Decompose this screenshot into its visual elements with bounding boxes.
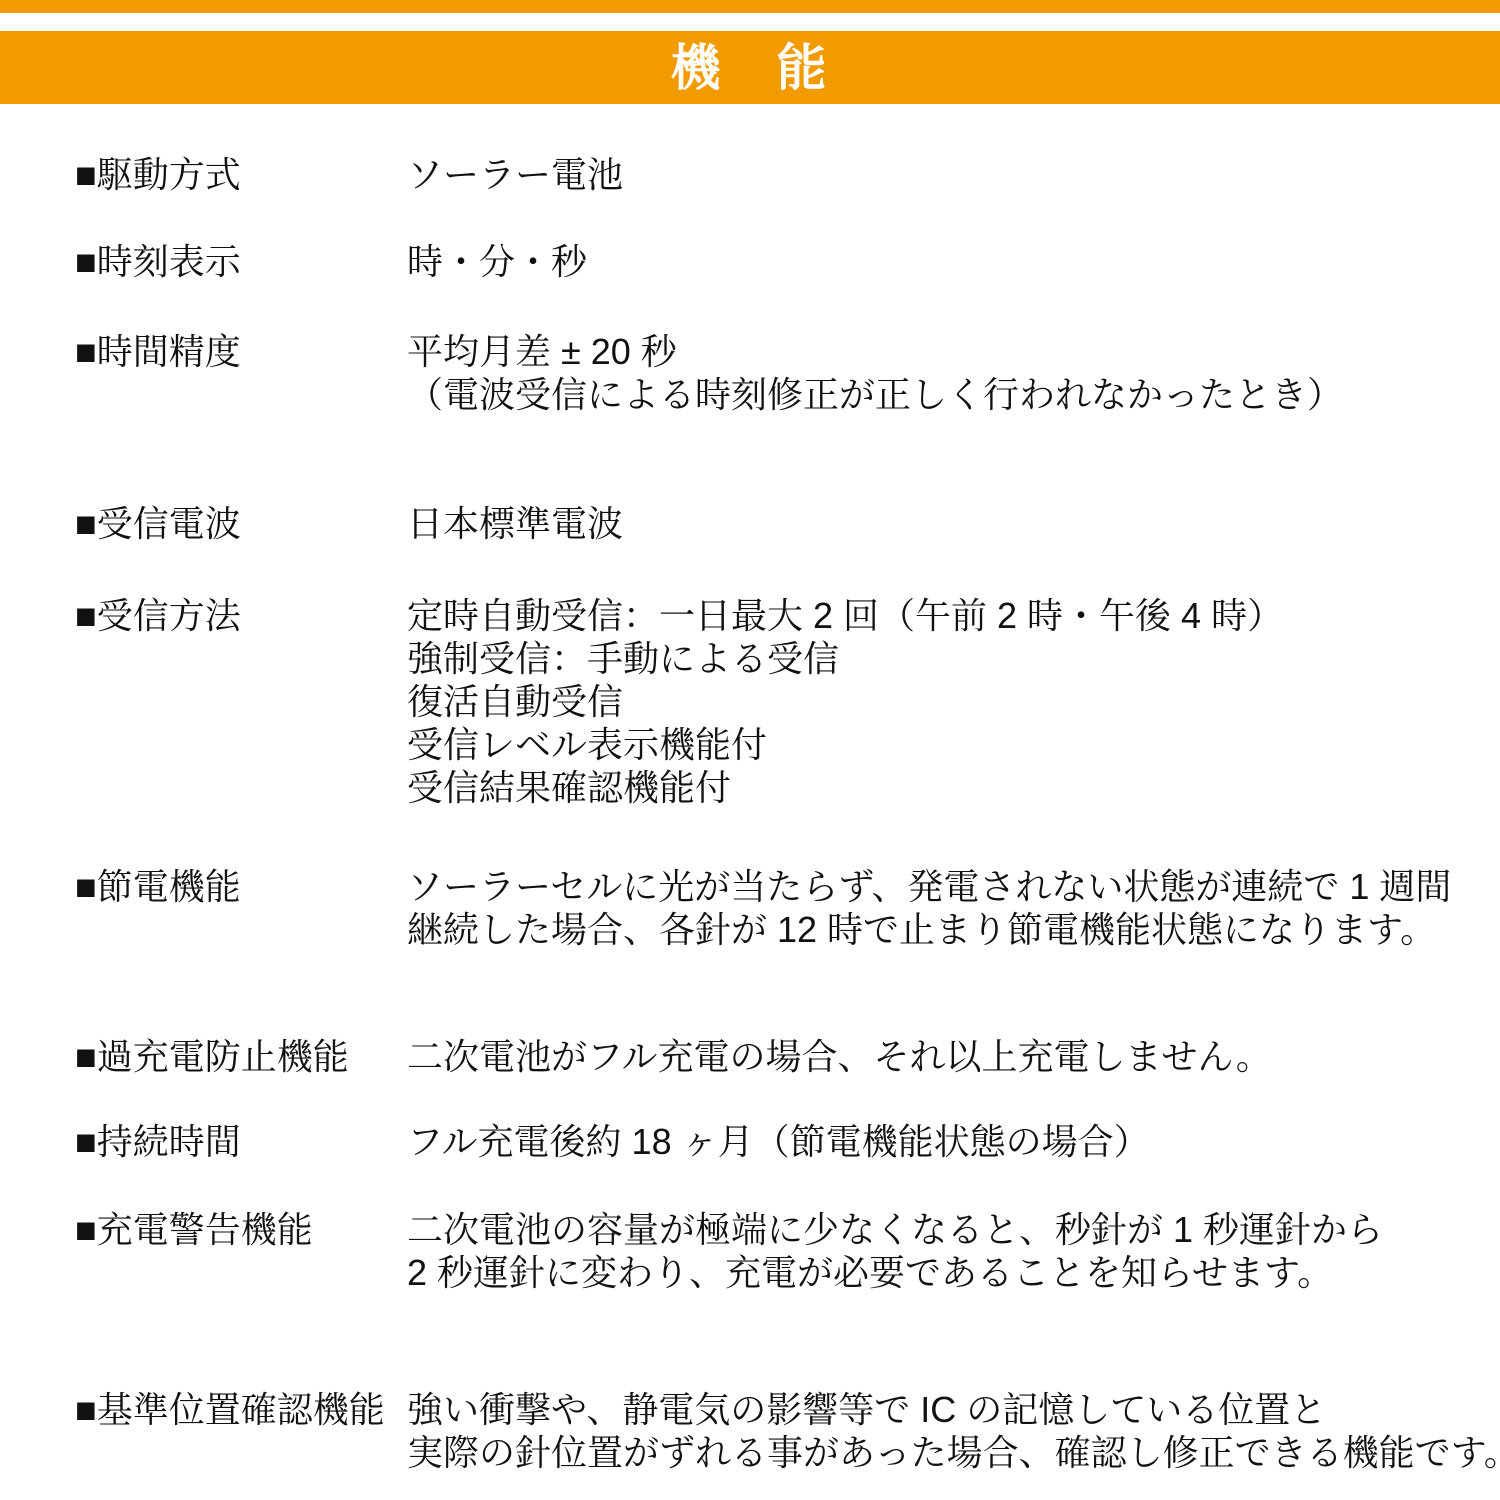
- spec-value-line: 強制受信：手動による受信: [407, 637, 1492, 680]
- spec-value-line: 定時自動受信：一日最大 2 回（午前 2 時・午後 4 時）: [407, 594, 1492, 637]
- spec-value: フル充電後約 18 ヶ月（節電機能状態の場合）: [407, 1120, 1492, 1163]
- spec-value: 二次電池の容量が極端に少なくなると、秒針が 1 秒運針から2 秒運針に変わり、充…: [407, 1208, 1492, 1294]
- spec-row: ■充電警告機能二次電池の容量が極端に少なくなると、秒針が 1 秒運針から2 秒運…: [75, 1208, 1492, 1294]
- spec-value: 日本標準電波: [407, 502, 1492, 545]
- spec-list: ■駆動方式ソーラー電池■時刻表示時・分・秒■時間精度平均月差 ± 20 秒（電波…: [0, 0, 1500, 1500]
- spec-row: ■受信電波日本標準電波: [75, 502, 1492, 545]
- spec-value-line: 実際の針位置がずれる事があった場合、確認し修正できる機能です。: [407, 1431, 1500, 1474]
- spec-value: 定時自動受信：一日最大 2 回（午前 2 時・午後 4 時）強制受信：手動による…: [407, 594, 1492, 809]
- spec-row: ■節電機能ソーラーセルに光が当たらず、発電されない状態が連続で 1 週間継続した…: [75, 865, 1492, 951]
- spec-label: ■基準位置確認機能: [75, 1388, 407, 1431]
- spec-value-line: 受信結果確認機能付: [407, 766, 1492, 809]
- spec-label: ■過充電防止機能: [75, 1035, 407, 1078]
- spec-value: 二次電池がフル充電の場合、それ以上充電しません。: [407, 1035, 1492, 1078]
- spec-value-line: フル充電後約 18 ヶ月（節電機能状態の場合）: [407, 1120, 1492, 1163]
- spec-row: ■過充電防止機能二次電池がフル充電の場合、それ以上充電しません。: [75, 1035, 1492, 1078]
- spec-value-line: 2 秒運針に変わり、充電が必要であることを知らせます。: [407, 1251, 1492, 1294]
- spec-row: ■駆動方式ソーラー電池: [75, 153, 1492, 196]
- spec-value: 平均月差 ± 20 秒（電波受信による時刻修正が正しく行われなかったとき）: [407, 330, 1492, 416]
- spec-row: ■時刻表示時・分・秒: [75, 240, 1492, 283]
- spec-row: ■持続時間フル充電後約 18 ヶ月（節電機能状態の場合）: [75, 1120, 1492, 1163]
- spec-value-line: （電波受信による時刻修正が正しく行われなかったとき）: [407, 373, 1492, 416]
- spec-value-line: 二次電池がフル充電の場合、それ以上充電しません。: [407, 1035, 1492, 1078]
- spec-value-line: 復活自動受信: [407, 680, 1492, 723]
- spec-label: ■節電機能: [75, 865, 407, 908]
- spec-row: ■受信方法定時自動受信：一日最大 2 回（午前 2 時・午後 4 時）強制受信：…: [75, 594, 1492, 809]
- spec-value-line: 受信レベル表示機能付: [407, 723, 1492, 766]
- spec-label: ■駆動方式: [75, 153, 407, 196]
- spec-value-line: 平均月差 ± 20 秒: [407, 330, 1492, 373]
- spec-value-line: 継続した場合、各針が 12 時で止まり節電機能状態になります。: [407, 908, 1492, 951]
- spec-label: ■持続時間: [75, 1120, 407, 1163]
- spec-row: ■基準位置確認機能強い衝撃や、静電気の影響等で IC の記憶している位置と実際の…: [75, 1388, 1492, 1474]
- spec-value: ソーラー電池: [407, 153, 1492, 196]
- spec-value-line: 時・分・秒: [407, 240, 1492, 283]
- spec-label: ■時間精度: [75, 330, 407, 373]
- spec-label: ■受信電波: [75, 502, 407, 545]
- spec-value-line: ソーラーセルに光が当たらず、発電されない状態が連続で 1 週間: [407, 865, 1492, 908]
- spec-label: ■充電警告機能: [75, 1208, 407, 1251]
- spec-label: ■受信方法: [75, 594, 407, 637]
- spec-value: ソーラーセルに光が当たらず、発電されない状態が連続で 1 週間継続した場合、各針…: [407, 865, 1492, 951]
- spec-value-line: 強い衝撃や、静電気の影響等で IC の記憶している位置と: [407, 1388, 1500, 1431]
- spec-label: ■時刻表示: [75, 240, 407, 283]
- spec-row: ■時間精度平均月差 ± 20 秒（電波受信による時刻修正が正しく行われなかったと…: [75, 330, 1492, 416]
- spec-value: 強い衝撃や、静電気の影響等で IC の記憶している位置と実際の針位置がずれる事が…: [407, 1388, 1500, 1474]
- spec-value-line: 日本標準電波: [407, 502, 1492, 545]
- spec-value-line: 二次電池の容量が極端に少なくなると、秒針が 1 秒運針から: [407, 1208, 1492, 1251]
- spec-value: 時・分・秒: [407, 240, 1492, 283]
- spec-value-line: ソーラー電池: [407, 153, 1492, 196]
